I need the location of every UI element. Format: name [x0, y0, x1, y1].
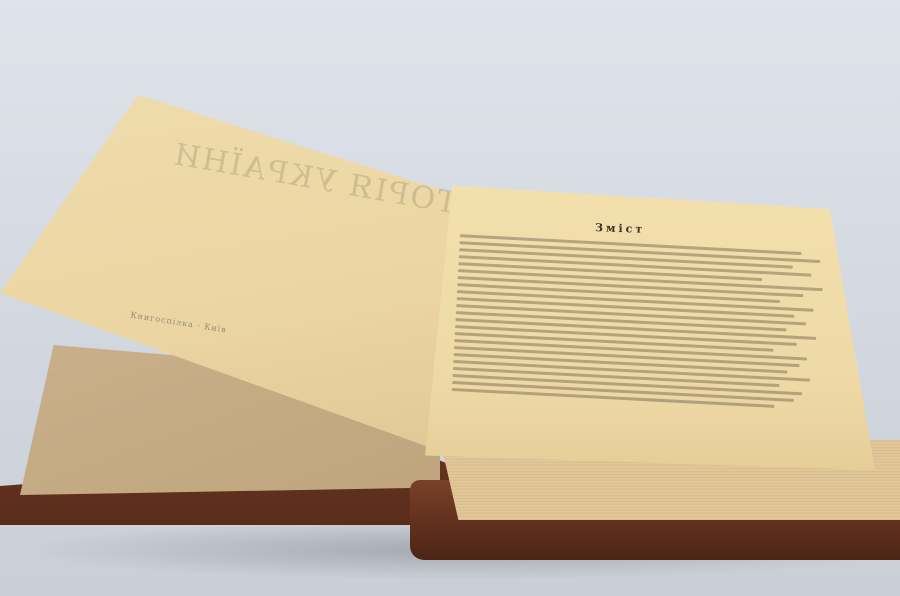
book-photo: ІСТОРІЯ УКРАЇНИ Книгоспілка · Київ Зміст	[0, 0, 900, 596]
contents-entries	[450, 230, 839, 440]
contents-heading: Зміст	[595, 221, 646, 236]
